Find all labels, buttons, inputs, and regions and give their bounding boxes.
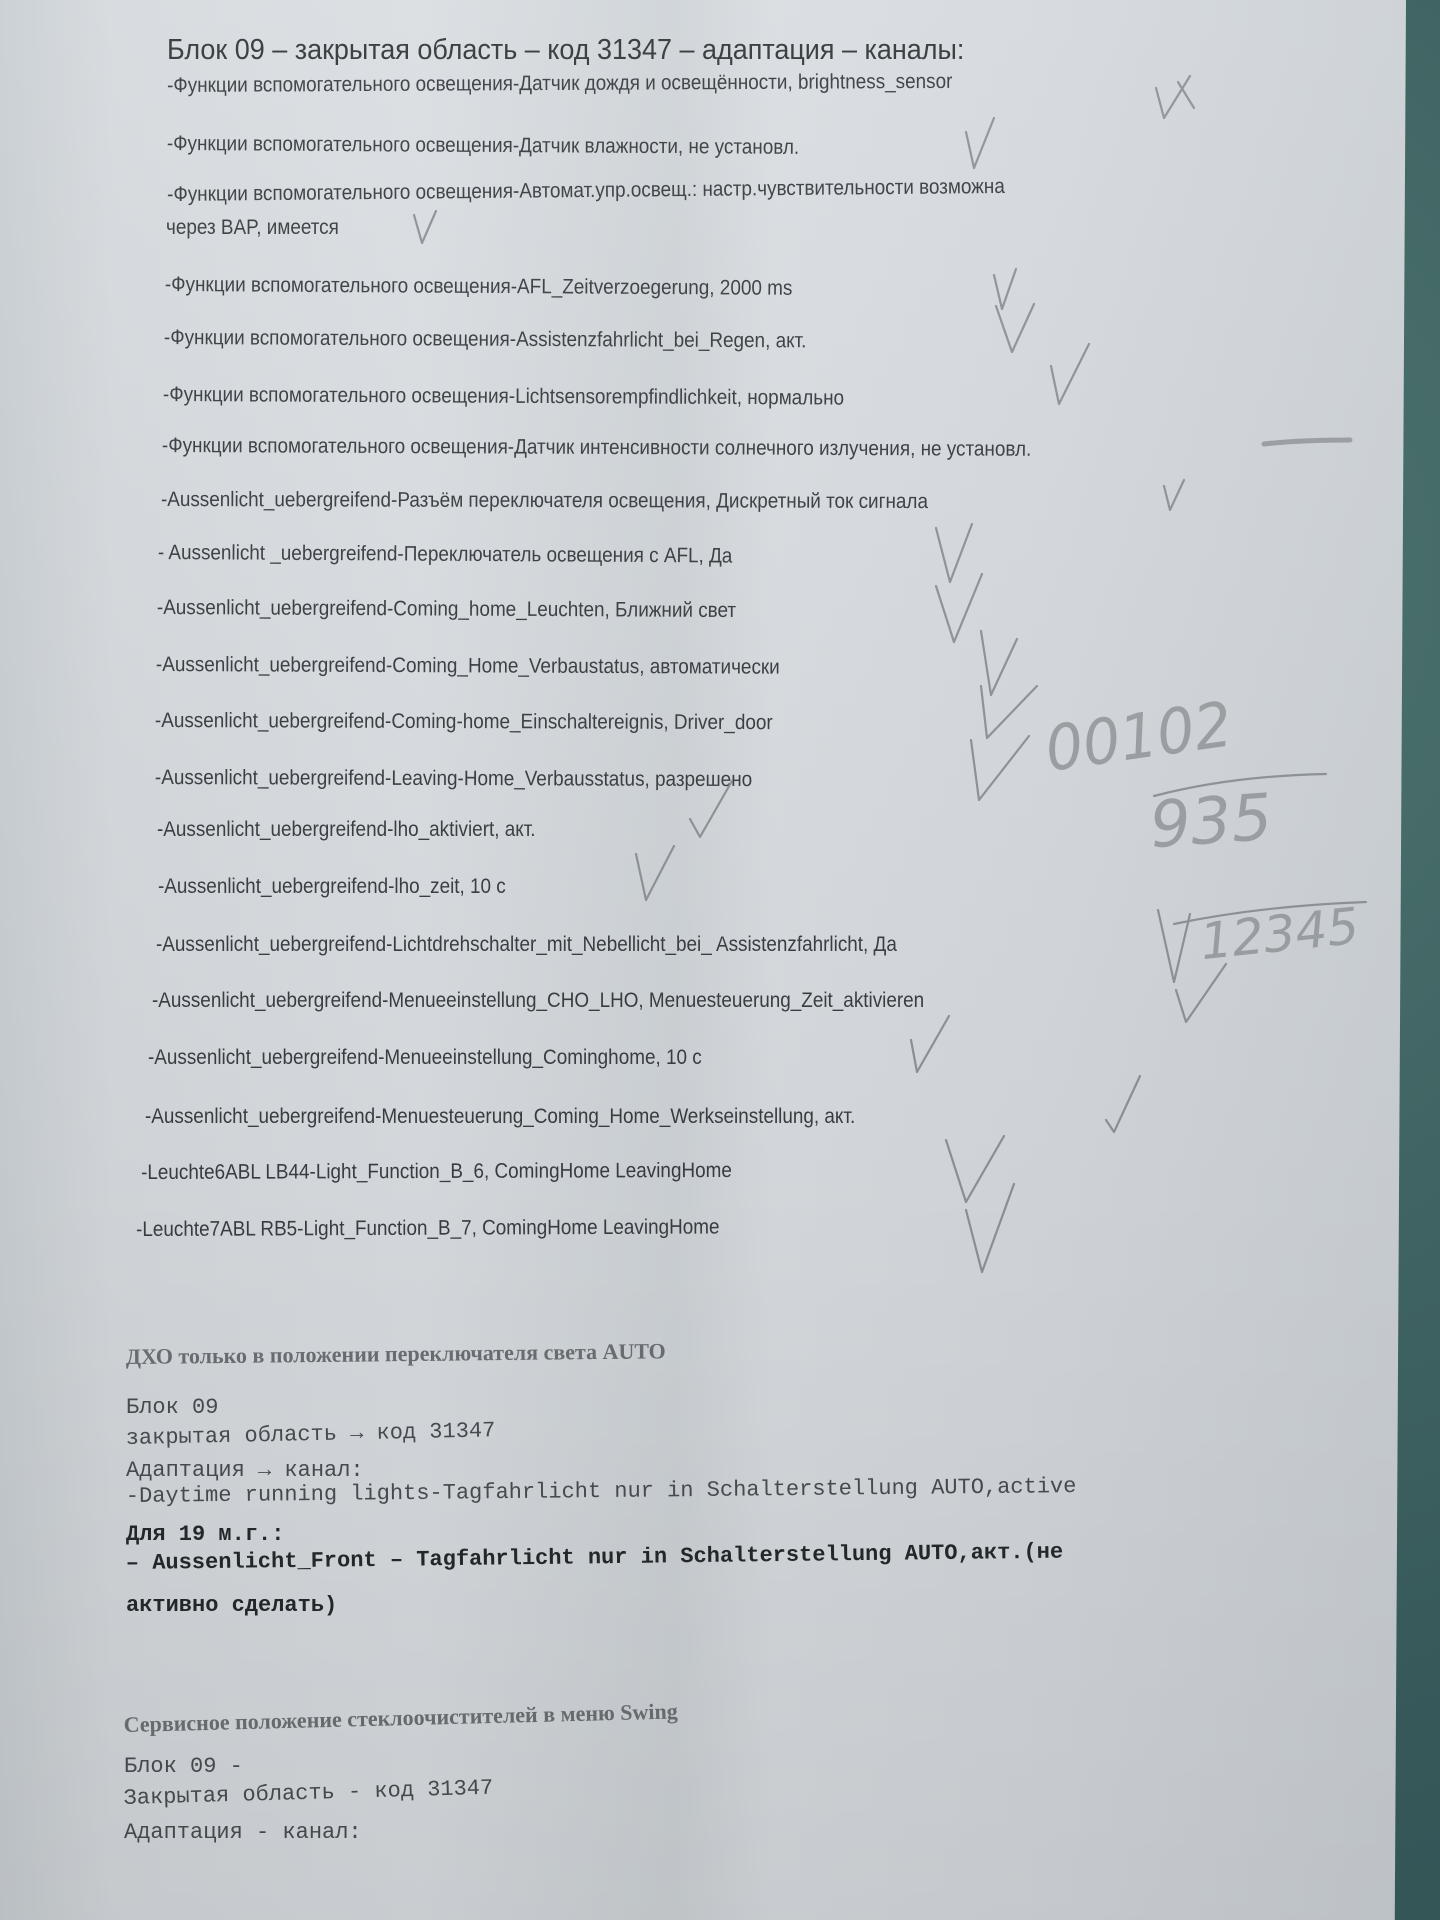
pencil-strike-icon <box>1260 430 1355 455</box>
channel-item: -Aussenlicht_uebergreifend-Coming_Home_V… <box>156 652 780 681</box>
drl-line: Блок 09 <box>126 1395 218 1420</box>
channel-item: -Aussenlicht_uebergreifend-Coming_home_L… <box>157 595 736 624</box>
pencil-checkmark-icon <box>1170 960 1230 1030</box>
channel-item: -Функции вспомогательного освещения-Assi… <box>164 325 807 355</box>
handwritten-number-note: 935 <box>1148 781 1275 863</box>
channel-item: -Aussenlicht_uebergreifend-Разъём перекл… <box>161 487 928 515</box>
channel-item: -Aussenlicht_uebergreifend-Lichtdrehscha… <box>156 932 897 958</box>
channel-item: -Aussenlicht_uebergreifend-Coming-home_E… <box>155 708 773 736</box>
channel-item: -Aussenlicht_uebergreifend-Menuesteuerun… <box>145 1104 855 1130</box>
channel-item: -Функции вспомогательного освещения-Датч… <box>167 131 799 161</box>
wiper-line: Блок 09 - <box>124 1754 243 1779</box>
channel-item: -Aussenlicht_uebergreifend-Menueeinstell… <box>148 1045 702 1071</box>
pencil-checkmark-icon <box>975 680 1045 750</box>
pencil-checkmark-icon <box>965 730 1035 810</box>
wiper-line: Закрытая область - код 31347 <box>123 1776 493 1811</box>
drl-line: Адаптация → канал: <box>126 1458 364 1483</box>
channel-item: -Функции вспомогательного освещения-Датч… <box>167 69 952 99</box>
section-heading: ДХО только в положении переключателя све… <box>126 1338 666 1370</box>
model-year-channel-line: активно сделать) <box>126 1593 337 1618</box>
pencil-checkmark-icon <box>930 570 990 650</box>
pencil-checkmark-icon <box>930 520 980 590</box>
channel-item: -Leuchte6ABL LB44-Light_Function_B_6, Co… <box>141 1158 732 1186</box>
model-year-note: Для 19 м.г.: <box>126 1522 284 1547</box>
channel-item: -Leuchte7ABL RB5-Light_Function_B_7, Com… <box>136 1214 720 1243</box>
channel-item: -Функции вспомогательного освещения-Датч… <box>162 433 1031 463</box>
pencil-checkmark-icon <box>410 205 440 250</box>
pencil-check-x-icon <box>1150 68 1200 128</box>
handwritten-code-note: 00102 <box>1041 687 1237 785</box>
channel-item: -Функции вспомогательного освещения-Авто… <box>167 174 1005 208</box>
printed-page: Блок 09 – закрытая область – код 31347 –… <box>0 0 1406 1920</box>
pencil-checkmark-icon <box>1100 1070 1145 1140</box>
pencil-checkmark-icon <box>905 1010 955 1080</box>
channel-item: -Aussenlicht_uebergreifend-lho_aktiviert… <box>157 817 536 843</box>
pencil-checkmark-icon <box>630 840 680 910</box>
wiper-line: Адаптация - канал: <box>124 1820 362 1845</box>
channel-item: -Aussenlicht_uebergreifend-lho_zeit, 10 … <box>158 874 506 900</box>
channel-item: -Aussenlicht_uebergreifend-Menueeinstell… <box>152 988 924 1014</box>
pencil-checkmark-icon <box>990 265 1020 315</box>
pencil-checkmark-icon <box>1045 340 1095 410</box>
pencil-checkmark-icon <box>975 625 1025 705</box>
pencil-checkmark-icon <box>960 110 1000 180</box>
drl-line: закрытая область → код 31347 <box>125 1418 495 1451</box>
section-heading: Сервисное положение стеклоочистителей в … <box>123 1698 678 1738</box>
pencil-checkmark-icon <box>960 1180 1020 1280</box>
section-title: Блок 09 – закрытая область – код 31347 –… <box>167 34 964 67</box>
pencil-checkmark-icon <box>1160 478 1190 518</box>
pencil-checkmark-icon <box>940 1130 1010 1210</box>
handwritten-number-note: 12345 <box>1197 897 1361 971</box>
channel-item: - Aussenlicht _uebergreifend-Переключате… <box>158 540 733 570</box>
channel-item: -Функции вспомогательного освещения-Lich… <box>163 382 844 412</box>
adaptation-channels-section: Блок 09 – закрытая область – код 31347 –… <box>0 0 1406 1300</box>
pencil-checkmark-icon <box>990 300 1040 360</box>
channel-item: -Aussenlicht_uebergreifend-Leaving-Home_… <box>155 765 752 793</box>
channel-item-continuation: через BAP, имеется <box>166 215 339 241</box>
channel-item: -Функции вспомогательного освещения-AFL_… <box>165 272 793 302</box>
